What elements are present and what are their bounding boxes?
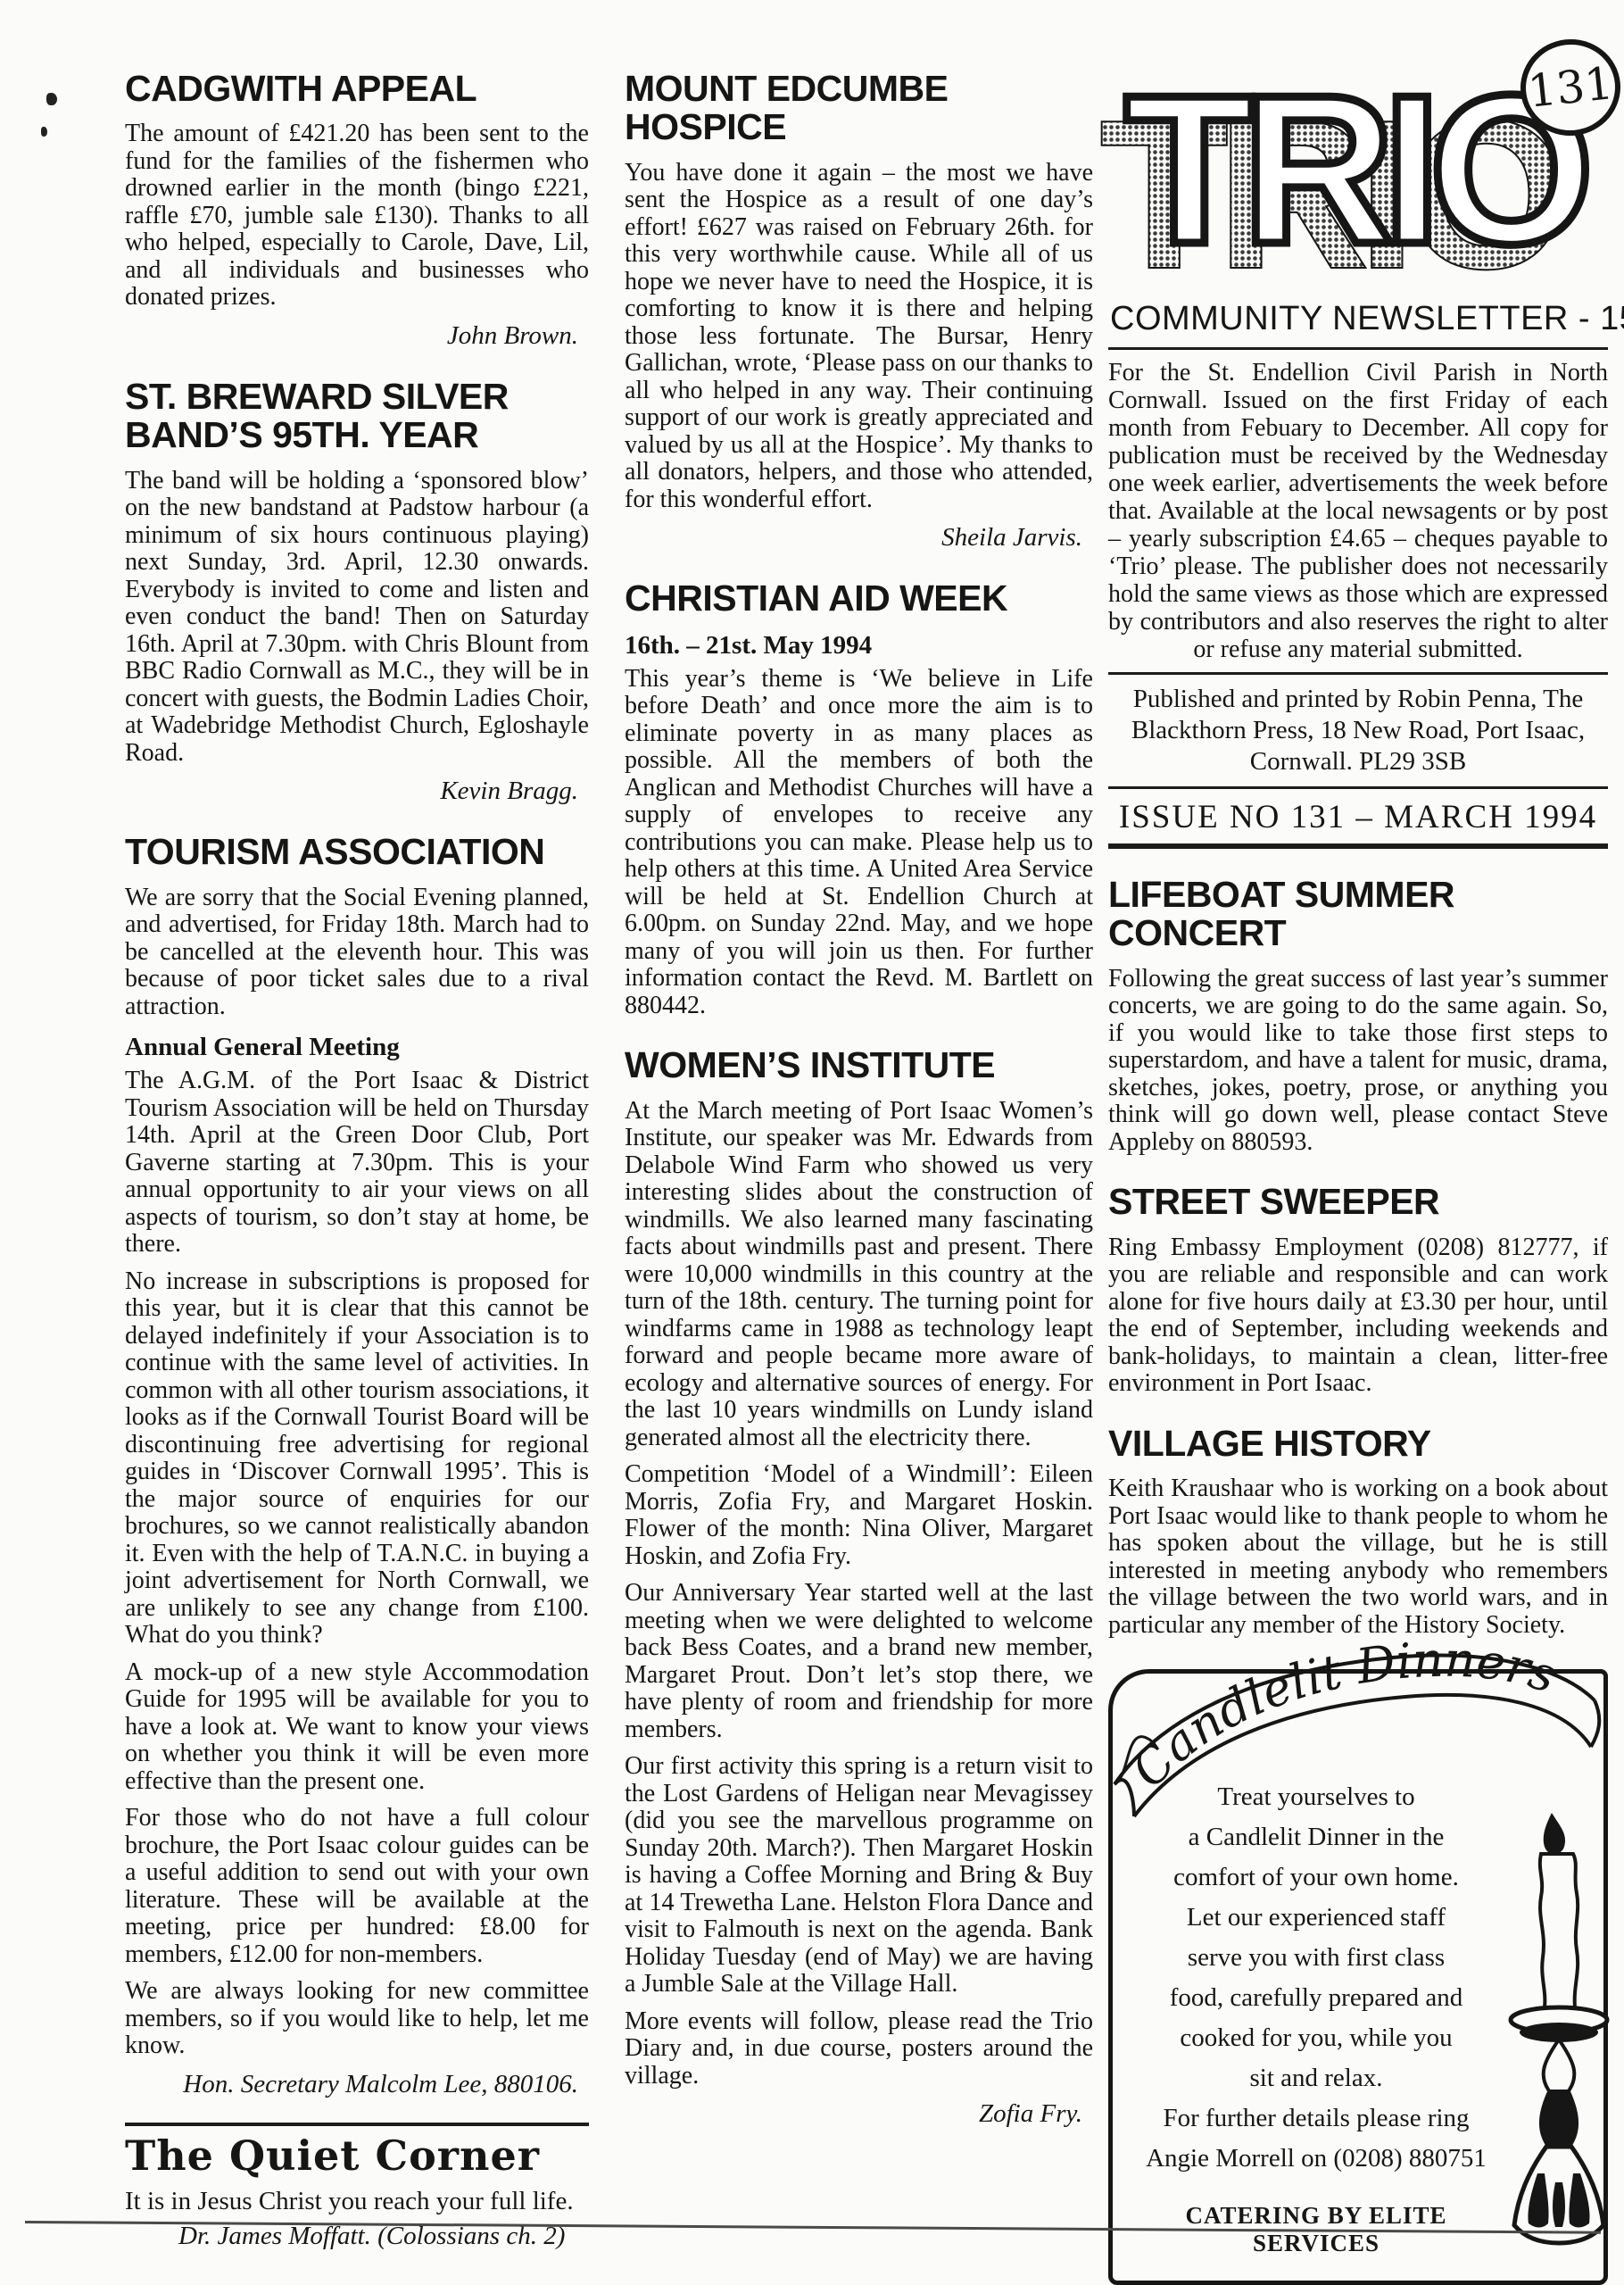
article-heading: ST. BREWARD SILVER BAND’S 95TH. YEAR (125, 378, 589, 455)
ad-title: Candlelit Dinners (1121, 1634, 1564, 1799)
ad-text-line: Treat yourselves to (1143, 1777, 1489, 1817)
masthead-publisher: Published and printed by Robin Penna, Th… (1108, 684, 1608, 777)
article-st-breward-band: ST. BREWARD SILVER BAND’S 95TH. YEAR The… (125, 378, 589, 806)
ad-text-line: cooked for you, while you (1143, 2018, 1489, 2058)
ink-speck (46, 93, 57, 105)
article-subheading: 16th. – 21st. May 1994 (625, 631, 1093, 661)
article-lifeboat-summer-concert: LIFEBOAT SUMMER CONCERT Following the gr… (1108, 876, 1608, 1156)
article-subheading: Annual General Meeting (125, 1033, 589, 1062)
divider-rule (1108, 672, 1608, 675)
article-heading: LIFEBOAT SUMMER CONCERT (1108, 876, 1608, 953)
article-tourism-association: TOURISM ASSOCIATION We are sorry that th… (125, 833, 589, 2098)
article-byline: Zofia Fry. (625, 2099, 1082, 2129)
article-paragraph: Our first activity this spring is a retu… (625, 1753, 1093, 1998)
article-paragraph: This year’s theme is ‘We believe in Life… (625, 666, 1093, 1020)
article-womens-institute: WOMEN’S INSTITUTE At the March meeting o… (625, 1046, 1093, 2129)
ink-speck (41, 127, 47, 137)
article-paragraph: For those who do not have a full colour … (125, 1805, 589, 1968)
article-heading: CADGWITH APPEAL (125, 70, 589, 108)
article-village-history: VILLAGE HISTORY Keith Kraushaar who is w… (1108, 1425, 1608, 1639)
article-byline: Kevin Bragg. (125, 777, 578, 806)
article-heading: WOMEN’S INSTITUTE (625, 1046, 1093, 1084)
column-left: CADGWITH APPEAL The amount of £421.20 ha… (125, 57, 589, 2251)
article-paragraph: Our Anniversary Year started well at the… (625, 1580, 1093, 1743)
article-heading: MOUNT EDCUMBE HOSPICE (625, 70, 1093, 147)
article-paragraph: No increase in subscriptions is proposed… (125, 1268, 589, 1649)
article-paragraph: At the March meeting of Port Isaac Women… (625, 1098, 1093, 1452)
masthead-logo-block: TRIO TRIO 131 (1108, 43, 1608, 295)
newsletter-page: CADGWITH APPEAL The amount of £421.20 ha… (0, 0, 1624, 2285)
ad-text-line: serve you with first class (1143, 1938, 1489, 1978)
divider-rule (1108, 347, 1608, 350)
article-paragraph: We are always looking for new committee … (125, 1978, 589, 2060)
article-street-sweeper: STREET SWEEPER Ring Embassy Employment (… (1108, 1183, 1608, 1397)
article-byline: Sheila Jarvis. (625, 523, 1082, 553)
article-paragraph: You have done it again – the most we hav… (625, 160, 1093, 514)
article-mount-edcumbe-hospice: MOUNT EDCUMBE HOSPICE You have done it a… (625, 70, 1093, 553)
article-paragraph: Competition ‘Model of a Windmill’: Eilee… (625, 1461, 1093, 1570)
ad-text-line: sit and relax. (1143, 2058, 1489, 2098)
article-heading: STREET SWEEPER (1108, 1183, 1608, 1221)
article-heading: VILLAGE HISTORY (1108, 1425, 1608, 1463)
ad-text-line: a Candlelit Dinner in the (1143, 1817, 1489, 1857)
quiet-corner-heading: The Quiet Corner (125, 2131, 589, 2180)
issue-line: ISSUE NO 131 – MARCH 1994 (1108, 798, 1608, 836)
article-heading: CHRISTIAN AID WEEK (625, 579, 1093, 618)
ad-text-line: food, carefully prepared and (1143, 1978, 1489, 2018)
article-paragraph: Following the great success of last year… (1108, 966, 1608, 1157)
article-byline: Hon. Secretary Malcolm Lee, 880106. (125, 2070, 578, 2099)
column-middle: MOUNT EDCUMBE HOSPICE You have done it a… (625, 57, 1093, 2141)
article-paragraph: More events will follow, please read the… (625, 2008, 1093, 2090)
article-paragraph: A mock-up of a new style Accommodation G… (125, 1659, 589, 1796)
article-paragraph: We are sorry that the Social Evening pla… (125, 885, 589, 1021)
article-paragraph: The amount of £421.20 has been sent to t… (125, 120, 589, 312)
candle-illustration (1502, 1807, 1616, 2254)
article-heading: TOURISM ASSOCIATION (125, 833, 589, 871)
quiet-corner-text: It is in Jesus Christ you reach your ful… (125, 2187, 589, 2216)
quiet-corner: The Quiet Corner It is in Jesus Christ y… (125, 2123, 589, 2251)
article-cadgwith-appeal: CADGWITH APPEAL The amount of £421.20 ha… (125, 70, 589, 351)
article-paragraph: The A.G.M. of the Port Isaac & District … (125, 1068, 589, 1259)
newsletter-subtitle: COMMUNITY NEWSLETTER - 15p (1110, 300, 1608, 338)
trio-logo-text: TRIO (1124, 52, 1586, 288)
masthead-about: For the St. Endellion Civil Parish in No… (1108, 359, 1608, 663)
ad-text-line: comfort of your own home. (1143, 1857, 1489, 1898)
article-byline: John Brown. (125, 321, 578, 351)
article-paragraph: Keith Kraushaar who is working on a book… (1108, 1475, 1608, 1639)
ad-text-line: For further details please ring (1143, 2098, 1489, 2139)
svg-text:Candlelit Dinners: Candlelit Dinners (1121, 1634, 1564, 1799)
column-right: TRIO TRIO 131 COMMUNITY NEWSLETTER - 15p… (1108, 43, 1608, 2285)
divider-rule (1108, 786, 1608, 789)
candlelit-dinners-ad: Candlelit Dinners Treat yourselves to a … (1108, 1669, 1608, 2285)
article-paragraph: The band will be holding a ‘sponsored bl… (125, 468, 589, 768)
article-christian-aid-week: CHRISTIAN AID WEEK 16th. – 21st. May 199… (625, 579, 1093, 1019)
ad-text-line: Angie Morrell on (0208) 880751 (1143, 2139, 1489, 2179)
article-paragraph: Ring Embassy Employment (0208) 812777, i… (1108, 1234, 1608, 1398)
ad-text-line: Let our experienced staff (1143, 1898, 1489, 1938)
divider-rule-thick (1108, 843, 1608, 849)
